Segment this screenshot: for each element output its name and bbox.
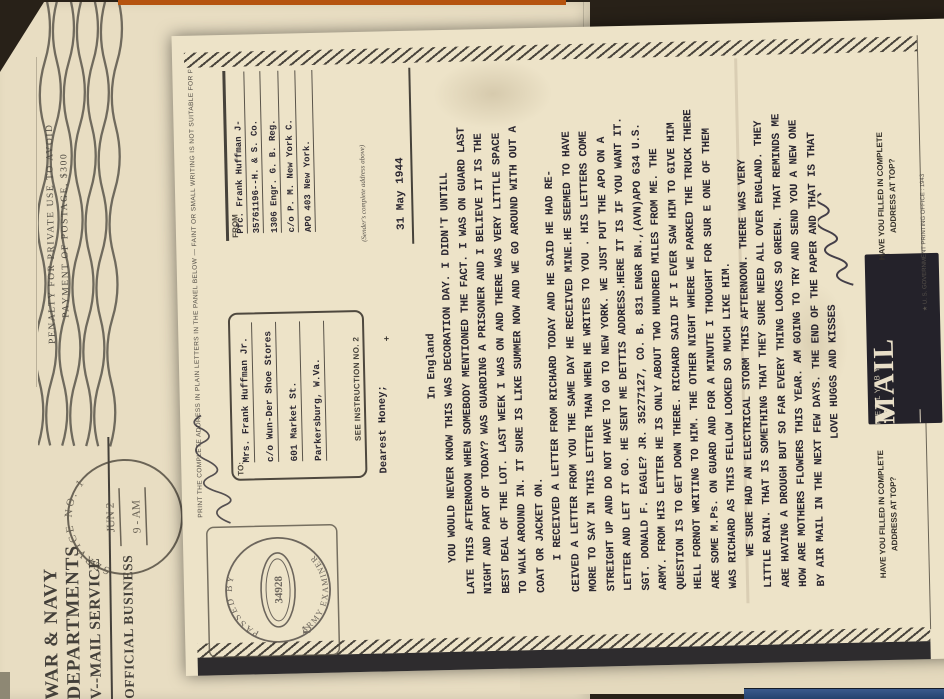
scan-edge-blue-strip [744, 688, 944, 699]
penalty-notice: PENALTY FOR PRIVATE USE TO AVOID PAYMENT… [44, 44, 72, 344]
scan-corner-gray-patch [0, 672, 10, 699]
sender-note: (Sender's complete address above) [358, 145, 368, 242]
censor-passed-by: PASSED BY [225, 573, 261, 639]
plus-mark: + [382, 336, 392, 342]
from-address-line: c/o P. M. New York C. [283, 70, 299, 232]
svg-text:SERVICE NO. 1: SERVICE NO. 1 [61, 475, 111, 578]
postmark-stamp: SERVICE NO. 1 JUN 2 9 - AM [56, 448, 194, 586]
scan-edge-orange-strip [118, 0, 566, 5]
postmark-time: 9 - AM [130, 500, 143, 534]
scanned-vmail-letter: PENALTY FOR PRIVATE USE TO AVOID PAYMENT… [0, 0, 944, 699]
date-rule [408, 68, 413, 244]
vmail-letter-form: PRINT THE COMPLETE ADDRESS IN PLAIN LETT… [171, 18, 944, 676]
from-address-line: Pfc. Frank Huffman J- [232, 72, 248, 234]
reminder-bottom-right: HAVE YOU FILLED IN COMPLETE ADDRESS AT T… [873, 116, 901, 277]
from-address-line: 1306 Engr. G. B. Reg. [266, 71, 282, 233]
letter-date: 31 May 1944 [394, 157, 408, 230]
from-address-line: 35761196--H. & S. Co. [248, 71, 264, 233]
postmark-date: JUN 2 [104, 502, 117, 532]
censor-army-examiner: ARMY EXAMINER [297, 553, 331, 635]
from-address-line: APO 403 New York. [300, 70, 316, 232]
letter-body: YOU WOULD NEVER KNOW THIS WAS DECORATION… [435, 106, 848, 595]
svg-text:ARMY EXAMINER: ARMY EXAMINER [297, 553, 331, 635]
envelope-fold-line [36, 57, 37, 387]
signature-scrawl [817, 188, 867, 293]
letter-place: In England [425, 333, 438, 399]
reminder-bottom-left: HAVE YOU FILLED IN COMPLETE ADDRESS AT T… [875, 434, 903, 595]
svg-text:PASSED BY: PASSED BY [225, 573, 261, 639]
from-block-rule [222, 71, 228, 241]
vmail-logo-box: REPLY BY V···—MAIL [865, 253, 943, 425]
censor-number: 34928 [273, 575, 286, 603]
censor-stamp: PASSED BY ARMY EXAMINER 34928 U [203, 520, 346, 663]
to-label: TO: [236, 462, 245, 476]
salutation: Dearest Honey; [376, 385, 390, 473]
postmark-ring-text: SERVICE NO. 1 [61, 475, 111, 578]
censor-letter-u: U [300, 625, 314, 634]
